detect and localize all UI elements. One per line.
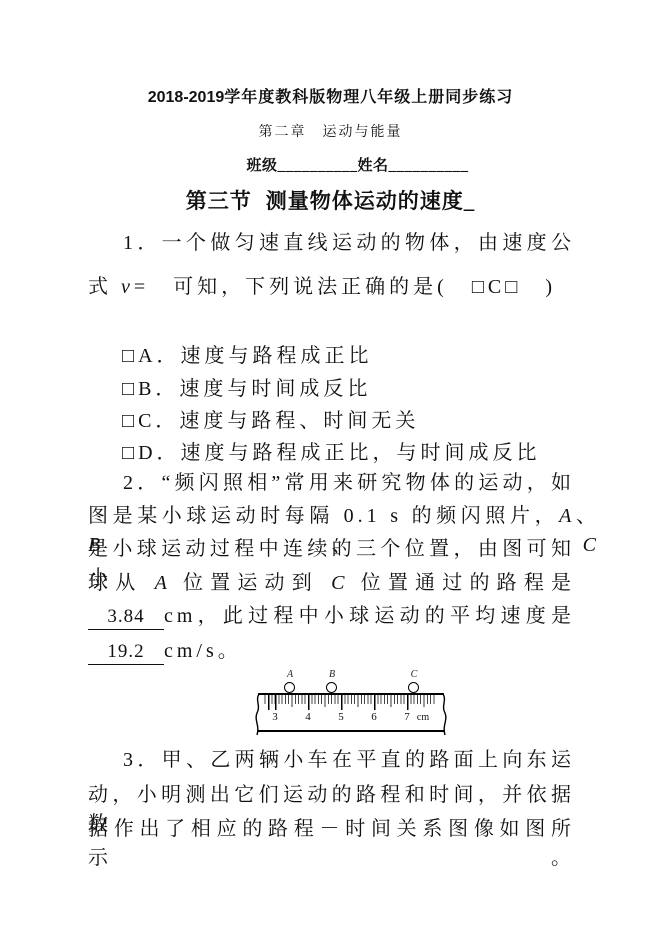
q2-line6-text: cm/s。 <box>164 640 242 662</box>
ball-b <box>326 682 337 693</box>
position-c-ref: C <box>331 572 348 594</box>
ruler-torn-edge-left <box>254 693 262 736</box>
class-name-line: 班级__________姓名__________ <box>0 154 661 175</box>
ball-a <box>284 682 295 693</box>
q2-line2-text: 图是某小球运动时每隔 0.1 s 的频闪照片， <box>88 505 559 527</box>
question-2-line-6: 19.2cm/s。 <box>88 634 242 665</box>
question-3-line-1: 3．甲、乙两辆小车在平直的路面上向东运 <box>88 743 575 772</box>
ruler-number-5: 5 <box>331 711 351 723</box>
ruler-centimeter-ticks <box>264 695 436 710</box>
worksheet-page: 2018-2019学年度教科版物理八年级上册同步练习 第二章 运动与能量 班级_… <box>0 0 661 935</box>
position-c-ref: C <box>583 534 600 556</box>
option-c: □C．速度与路程、时间无关 <box>122 404 419 433</box>
q2-line5-text: cm，此过程中小球运动的平均速度是 <box>164 605 575 627</box>
ball-label-a: A <box>280 669 300 680</box>
section-title: 第三节测量物体运动的速度_ <box>0 185 661 215</box>
name-blank-field[interactable]: __________ <box>389 158 469 174</box>
ball-c <box>408 682 419 693</box>
ruler-number-4: 4 <box>298 711 318 723</box>
ruler-number-6: 6 <box>364 711 384 723</box>
q2-line4-mid: 位置运动到 <box>171 572 331 594</box>
answer-blank-distance[interactable]: 3.84 <box>88 605 164 630</box>
position-a-ref: A <box>155 572 171 594</box>
question-3-line-3: 据作出了相应的路程－时间关系图像如图所示。 <box>88 812 575 870</box>
ruler-number-3: 3 <box>265 711 285 723</box>
ball-label-b: B <box>322 669 342 680</box>
ruler-unit-label: cm <box>410 712 436 723</box>
chapter-heading: 第二章 运动与能量 <box>0 121 661 141</box>
option-a: □A．速度与路程成正比 <box>122 339 373 368</box>
section-name: 测量物体运动的速度 <box>266 189 464 213</box>
question-2-line-1: 2．“频闪照相”常用来研究物体的运动，如 <box>88 466 575 495</box>
q2-line4-pre: 球从 <box>88 572 155 594</box>
document-title-text: 学年度教科版物理八年级上册同步练习 <box>224 89 513 106</box>
answer-blank-speed[interactable]: 19.2 <box>88 640 164 665</box>
ruler-body: 3 4 5 6 7 cm <box>258 693 444 732</box>
q1-formula-pre: 式 <box>88 276 121 298</box>
ball-label-c: C <box>404 669 424 680</box>
q1-formula-rest: = 可知，下列说法正确的是( □C□ ) <box>134 276 556 298</box>
section-number: 第三节 <box>186 189 252 213</box>
q2-line4-post: 位置通过的路程是 <box>348 572 575 594</box>
velocity-symbol: v <box>121 276 134 298</box>
ruler-figure: A B C 3 4 5 6 7 cm <box>256 674 446 732</box>
section-tail-mark: _ <box>464 189 476 213</box>
question-2-line-5: 3.84cm，此过程中小球运动的平均速度是 <box>88 599 575 630</box>
ruler-torn-edge-right <box>440 693 448 736</box>
document-title: 2018-2019学年度教科版物理八年级上册同步练习 <box>0 84 661 107</box>
class-blank-field[interactable]: __________ <box>278 158 358 174</box>
question-1-line-1: 1．一个做匀速直线运动的物体，由速度公 <box>88 226 575 255</box>
document-title-year: 2018-2019 <box>148 89 225 106</box>
option-b: □B．速度与时间成反比 <box>122 372 371 401</box>
class-label: 班级 <box>246 158 277 174</box>
separator: 、 <box>575 505 600 527</box>
position-a-ref: A <box>559 505 575 527</box>
question-1-line-2: 式 v= 可知，下列说法正确的是( □C□ ) <box>88 270 575 299</box>
name-label: 姓名 <box>358 158 389 174</box>
question-2-line-4: 球从 A 位置运动到 C 位置通过的路程是 <box>88 566 575 595</box>
option-d: □D．速度与路程成正比，与时间成反比 <box>122 436 541 465</box>
